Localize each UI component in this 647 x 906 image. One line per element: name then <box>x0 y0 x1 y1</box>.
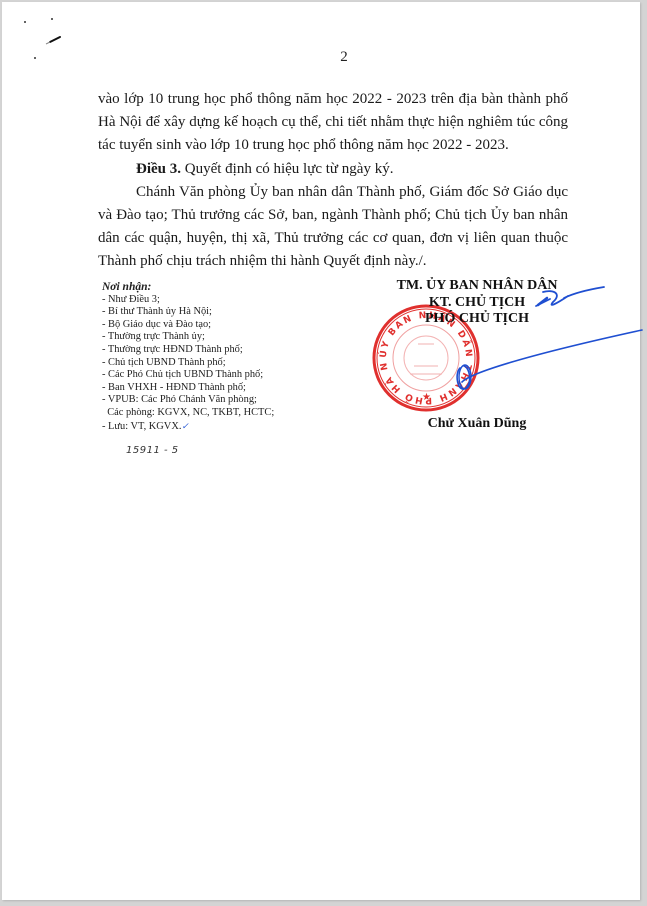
document-page: 2 vào lớp 10 trung học phổ thông năm học… <box>2 2 640 900</box>
recipient-item: - Bí thư Thành ủy Hà Nội; <box>102 306 342 319</box>
recipient-item: Các phòng: KGVX, NC, TKBT, HCTC; <box>102 407 342 420</box>
recipient-item: - Như Điều 3; <box>102 294 342 307</box>
article-3: Điều 3. Quyết định có hiệu lực từ ngày k… <box>98 158 568 181</box>
recipients-list: Nơi nhận: - Như Điều 3; - Bí thư Thành ủ… <box>102 281 342 433</box>
responsibility-paragraph: Chánh Văn phòng Ủy ban nhân dân Thành ph… <box>98 181 568 274</box>
recipient-item: - Lưu: VT, KGVX.✓ <box>102 420 342 434</box>
article-3-label: Điều 3. <box>136 161 181 177</box>
signer-name: Chử Xuân Dũng <box>362 416 592 432</box>
recipient-item: - Bộ Giáo dục và Đào tạo; <box>102 319 342 332</box>
recipient-item: - Các Phó Chủ tịch UBND Thành phố; <box>102 369 342 382</box>
signature-block: TM. ỦY BAN NHÂN DÂN KT. CHỦ TỊCH PHÓ CHỦ… <box>362 278 592 328</box>
recipient-item: - Ban VHXH - HĐND Thành phố; <box>102 382 342 395</box>
article-3-text: Quyết định có hiệu lực từ ngày ký. <box>181 161 393 177</box>
decision-body: vào lớp 10 trung học phổ thông năm học 2… <box>98 88 568 274</box>
recipient-item: - Thường trực Thành ủy; <box>102 331 342 344</box>
recipient-item: - Chủ tịch UBND Thành phố; <box>102 357 342 370</box>
recipient-item: - VPUB: Các Phó Chánh Văn phòng; <box>102 394 342 407</box>
handwritten-initial: ✓ <box>181 421 189 431</box>
signature-line-3: PHÓ CHỦ TỊCH <box>362 311 592 328</box>
page-number: 2 <box>2 49 640 66</box>
recipient-item: - Thường trực HĐND Thành phố; <box>102 344 342 357</box>
scan-artifact-marks <box>2 2 122 82</box>
recipients-title: Nơi nhận: <box>102 281 342 294</box>
handwritten-reference-note: 15911 - 5 <box>126 445 179 456</box>
signature-line-2: KT. CHỦ TỊCH <box>362 295 592 312</box>
signature-line-1: TM. ỦY BAN NHÂN DÂN <box>362 278 592 295</box>
paragraph-continuation: vào lớp 10 trung học phổ thông năm học 2… <box>98 88 568 158</box>
svg-text:★: ★ <box>422 392 431 403</box>
